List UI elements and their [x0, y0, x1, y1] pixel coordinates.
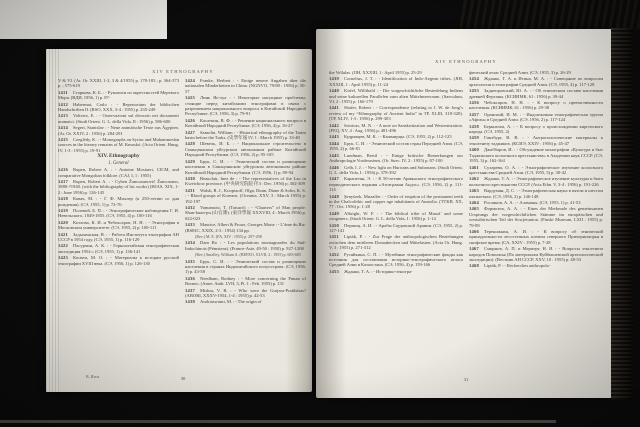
- entry-number: 1439: [329, 76, 339, 81]
- bib-entry: 1468Lipták, P. : - Recherches anthropolo…: [469, 263, 603, 268]
- bib-entry: 1422Пасурчин, А. К. : - Горноалтайская э…: [58, 243, 179, 254]
- entry-number: 1461: [469, 165, 479, 170]
- bib-entry: 1434Dam Bo : - Les populations montagnar…: [185, 240, 306, 251]
- bib-entry: 1445Lundman, Bertil : - Einige kritische…: [329, 153, 463, 164]
- entry-number: 1429: [185, 159, 195, 164]
- entry-number: 1464: [469, 200, 479, 205]
- entry-number: 1458: [469, 124, 479, 129]
- scanner-light-patch: [0, 0, 167, 39]
- bib-entry: 1439Cornelius, J. T. : - Identification …: [329, 76, 463, 87]
- right-page: XIV ETHNOGRAPHY the Vellalas. (JIH, XXXI…: [316, 29, 612, 398]
- entry-number: 1454: [469, 76, 479, 81]
- bib-entry: 1421Задыхинская, В. : - Работа Института…: [58, 232, 179, 243]
- entry-number: 1457: [469, 112, 479, 117]
- entry-number: 1435: [185, 259, 195, 264]
- bib-entry: 1413Volterra, E. : - Osservazioni sul di…: [58, 113, 179, 124]
- subsection-heading: 1. General: [58, 161, 179, 166]
- bib-entry: 1458Бернштам, А. : - К вопросу о происхо…: [469, 124, 603, 135]
- review-line: (Rev.) M. E. (FA, XIV : 1955) p. 297-298: [185, 234, 306, 239]
- entry-number: 1434: [185, 240, 195, 245]
- bib-entry: 1412Habermat, Carlo : - Repertorium der …: [58, 102, 179, 113]
- bib-entry: 1464Росляков, А. А. : - Аламаны. (СЭ, 19…: [469, 200, 603, 205]
- bib-entry: 1435Брук, С. И. : - Этнический состав и …: [185, 259, 306, 275]
- entry-number: 1430: [185, 176, 195, 181]
- entry-number: 1441: [329, 105, 339, 110]
- entry-number: 1460: [469, 147, 479, 152]
- bib-entry: 1457Оранский, И. М. : - Индоязычная этно…: [469, 112, 603, 123]
- bib-entry: 1428Шевель, И. Б. : - Национальное строи…: [185, 141, 306, 157]
- entry-number: 1419: [58, 208, 68, 213]
- bib-entry: 1437Mishra, V. B. : - Who were the Gurja…: [185, 288, 306, 299]
- entry-number: 1414: [58, 125, 68, 130]
- entry-number: 1448: [329, 194, 339, 199]
- bib-entry: 1418Ковач, М. : - Г. Ф. Миллер (к 250-ле…: [58, 196, 179, 207]
- running-head-right: XIV ETHNOGRAPHY: [329, 59, 603, 64]
- bib-entry: 1463Вардумян, Д. С. : - Этнографическая …: [469, 188, 603, 199]
- entry-number: 1433: [185, 222, 195, 227]
- entry-number: 1425: [185, 95, 195, 100]
- entry-continuation: фический атлас Средней Азии. (СЭ, 1955, …: [469, 70, 603, 75]
- bib-entry: 1430Beauclair, Inez de : - The represent…: [185, 176, 306, 187]
- entry-number: 1422: [58, 243, 68, 248]
- bib-entry: 1455Заднепровский, Ю. А. : - Об этническ…: [469, 88, 603, 99]
- bib-entry: 1432Yamamoto, T. (Tatsurō) : - “Charters…: [185, 205, 306, 221]
- entry-number: 1417: [58, 179, 68, 184]
- bib-column-left-1: V & VI. (Ar. Or. XXIII, 1-2, 3 & 4/1955)…: [58, 78, 179, 376]
- entry-number: 1452: [329, 252, 339, 257]
- entry-number: 1450: [329, 223, 339, 228]
- review-line: (Rev.) Smalley, William A. (BEFEO, XLVII…: [185, 252, 306, 257]
- scanned-book-spread: XIV ETHNOGRAPHY V & VI. (Ar. Or. XXIII, …: [0, 0, 640, 427]
- entry-number: 1411: [58, 90, 68, 95]
- page-number-right: 31: [329, 377, 603, 382]
- bib-entry: 1414Segert, Stanislav : - Neue aramäisch…: [58, 125, 179, 136]
- scanner-edge-line: [0, 420, 556, 423]
- bib-entry: 1423Косвен, М. О. : - Материалы к истори…: [58, 255, 179, 266]
- entry-number: 1463: [469, 188, 479, 193]
- bib-column-right-1: the Vellalas. (JIH, XXXIII, 1 : April 19…: [329, 70, 463, 394]
- entry-number: 1431: [185, 188, 195, 193]
- entry-number: 1465: [469, 206, 479, 211]
- entry-number: 1415: [58, 137, 68, 142]
- entry-number: 1423: [58, 255, 68, 260]
- entry-number: 1416: [58, 167, 68, 172]
- entry-number: 1438: [185, 299, 195, 304]
- bib-entry: 1461Сухарева, О. А. : - Этнографическое …: [469, 165, 603, 176]
- bib-column-right-2: фический атлас Средней Азии. (СЭ, 1955, …: [469, 70, 603, 394]
- bib-entry: 1467Смирнов, А. П. и Мерперт, Н. Я. : - …: [469, 246, 603, 262]
- bib-entry: 1459Гинзбург, В. В. : - Антропологически…: [469, 135, 603, 146]
- bib-entry: 1415Czeglédy, K. : - Monographs on Syria…: [58, 137, 179, 153]
- entry-number: 1459: [469, 135, 479, 140]
- bib-entry: 1440Kirfel, Willibald : - Die vorgeschic…: [329, 88, 463, 104]
- running-head-left: XIV ETHNOGRAPHY: [58, 69, 308, 74]
- section-heading: XIV. Ethnography: [58, 154, 179, 159]
- entry-number: 1466: [469, 229, 479, 234]
- entry-number: 1445: [329, 153, 339, 158]
- bib-entry: 1444Брук, С. И. : - Этнический состав ст…: [329, 141, 463, 152]
- entry-number: 1424: [185, 78, 195, 83]
- bib-entry: 1441Shafer, Robert : - Correspondence (r…: [329, 105, 463, 121]
- bib-entry: 1448Şenyürek, Muzaffer : - Order of erup…: [329, 194, 463, 210]
- entry-number: 1437: [185, 288, 195, 293]
- entry-number: 1432: [185, 205, 195, 210]
- bib-entry: 1454Жданко, Т. А. и Итина, М. А. : - Сов…: [469, 76, 603, 87]
- bib-entry: 1419Полевой, Б. П. : - Этнографические н…: [58, 208, 179, 219]
- bib-entry: 1420Козлова, К. И. и Чебоксаров, Н. Н. :…: [58, 220, 179, 231]
- bib-entry: 1431Walsh, R. J., Kooptzoff, Olga, Dunn,…: [185, 188, 306, 204]
- entry-number: 1436: [185, 276, 195, 281]
- bib-entry: 1433Maurice, Albert & Proux, Georges Mar…: [185, 222, 306, 233]
- entry-number: 1428: [185, 141, 195, 146]
- bib-entry: 1466Тереножкин, А. И. : - К вопросу об э…: [469, 229, 603, 245]
- entry-continuation: V & VI. (Ar. Or. XXIII, 1-2, 3 & 4/1955)…: [58, 78, 179, 89]
- entry-number: 1413: [58, 113, 68, 118]
- bib-entry: 1443Кудрявцев, М. К. : - Кашмирцы. (СЭ, …: [329, 134, 463, 139]
- bib-column-left-2: 1424Franke, Herbert : - Einige neuere An…: [185, 78, 306, 392]
- bib-entry: 1453Жданко, Т. А. : - Историко-этногра-: [329, 269, 463, 274]
- entry-number: 1453: [329, 269, 339, 274]
- bib-entry: 1462Жданко, Т. А. : - Этнографическое из…: [469, 176, 603, 187]
- bib-entry: 1411Старкова, К. Б. : - Рукописи из окре…: [58, 90, 179, 101]
- bib-entry: 1442Srinivas, M. N. : - A note on Sanskr…: [329, 123, 463, 134]
- entry-number: 1455: [469, 88, 479, 93]
- bib-entry: 1416Rupen, Robert A. : - Antoine Mostaer…: [58, 167, 179, 178]
- book-top-shadow: [460, 0, 640, 29]
- bib-entry: 1424Franke, Herbert : - Einige neuere An…: [185, 78, 306, 94]
- bib-entry: 1438Arokiaswami, M. : - The origin of: [185, 299, 306, 304]
- book-fore-edge: [611, 28, 633, 400]
- entry-continuation: the Vellalas. (JIH, XXXIII, 1 : April 19…: [329, 70, 463, 75]
- bib-entry: 1429Брук, С. И. : - Этнический состав и …: [185, 159, 306, 175]
- entry-number: 1440: [329, 88, 339, 93]
- bib-entry: 1446Gelb, I. J. : - New light on Hurrian…: [329, 165, 463, 176]
- entry-number: 1456: [469, 100, 479, 105]
- entry-number: 1444: [329, 141, 339, 146]
- bib-entry: 1465Формозов, А. А. : - Eines der Merkma…: [469, 206, 603, 228]
- bib-entry: 1450Першиц, А. И. : - Арабы Саудовской А…: [329, 223, 463, 234]
- entry-number: 1420: [58, 220, 68, 225]
- left-page: XIV ETHNOGRAPHY V & VI. (Ar. Or. XXIII, …: [46, 49, 312, 392]
- entry-number: 1446: [329, 165, 339, 170]
- entry-number: 1467: [469, 246, 479, 251]
- entry-number: 1418: [58, 196, 68, 201]
- bib-entry: 1456Чебоксаров, Н. Н. : - К вопросу о пр…: [469, 100, 603, 111]
- entry-number: 1421: [58, 232, 68, 237]
- entry-number: 1451: [329, 234, 339, 239]
- entry-number: 1449: [329, 211, 339, 216]
- bib-entry: 1451Lipták, P. : - Zur Frage der anthrop…: [329, 234, 463, 250]
- bib-entry: 1427Samolin, William : - Historical ethn…: [185, 130, 306, 141]
- bib-entry: 1447Карапетян, Э. : - К 50-летию Армянск…: [329, 176, 463, 192]
- entry-number: 1442: [329, 123, 339, 128]
- entry-number: 1447: [329, 176, 339, 181]
- entry-number: 1443: [329, 134, 339, 139]
- bib-entry: 1460Джаббаров, И. : - Обсуждение моногра…: [469, 147, 603, 163]
- entry-number: 1462: [469, 176, 479, 181]
- bib-entry: 1426Касаткин, В. Ф. : - Решение национал…: [185, 118, 306, 129]
- entry-number: 1468: [469, 263, 479, 268]
- bib-entry: 1436Needham, Rodney : - More concerning …: [185, 276, 306, 287]
- entry-number: 1426: [185, 118, 195, 123]
- page-number-left: 30: [58, 376, 308, 381]
- bib-entry: 1417Rupen, Robert A. : - Cyben Žamcarano…: [58, 179, 179, 195]
- bib-entry: 1452Русяйкина, С. П. : - Музейные этногр…: [329, 252, 463, 268]
- entry-number: 1427: [185, 130, 195, 135]
- entry-number: 1412: [58, 102, 68, 107]
- bib-entry: 1425Линь Яо-хуа : - Некоторые насущные п…: [185, 95, 306, 117]
- bib-entry: 1449Albright, W. F. : - The biblical tri…: [329, 211, 463, 222]
